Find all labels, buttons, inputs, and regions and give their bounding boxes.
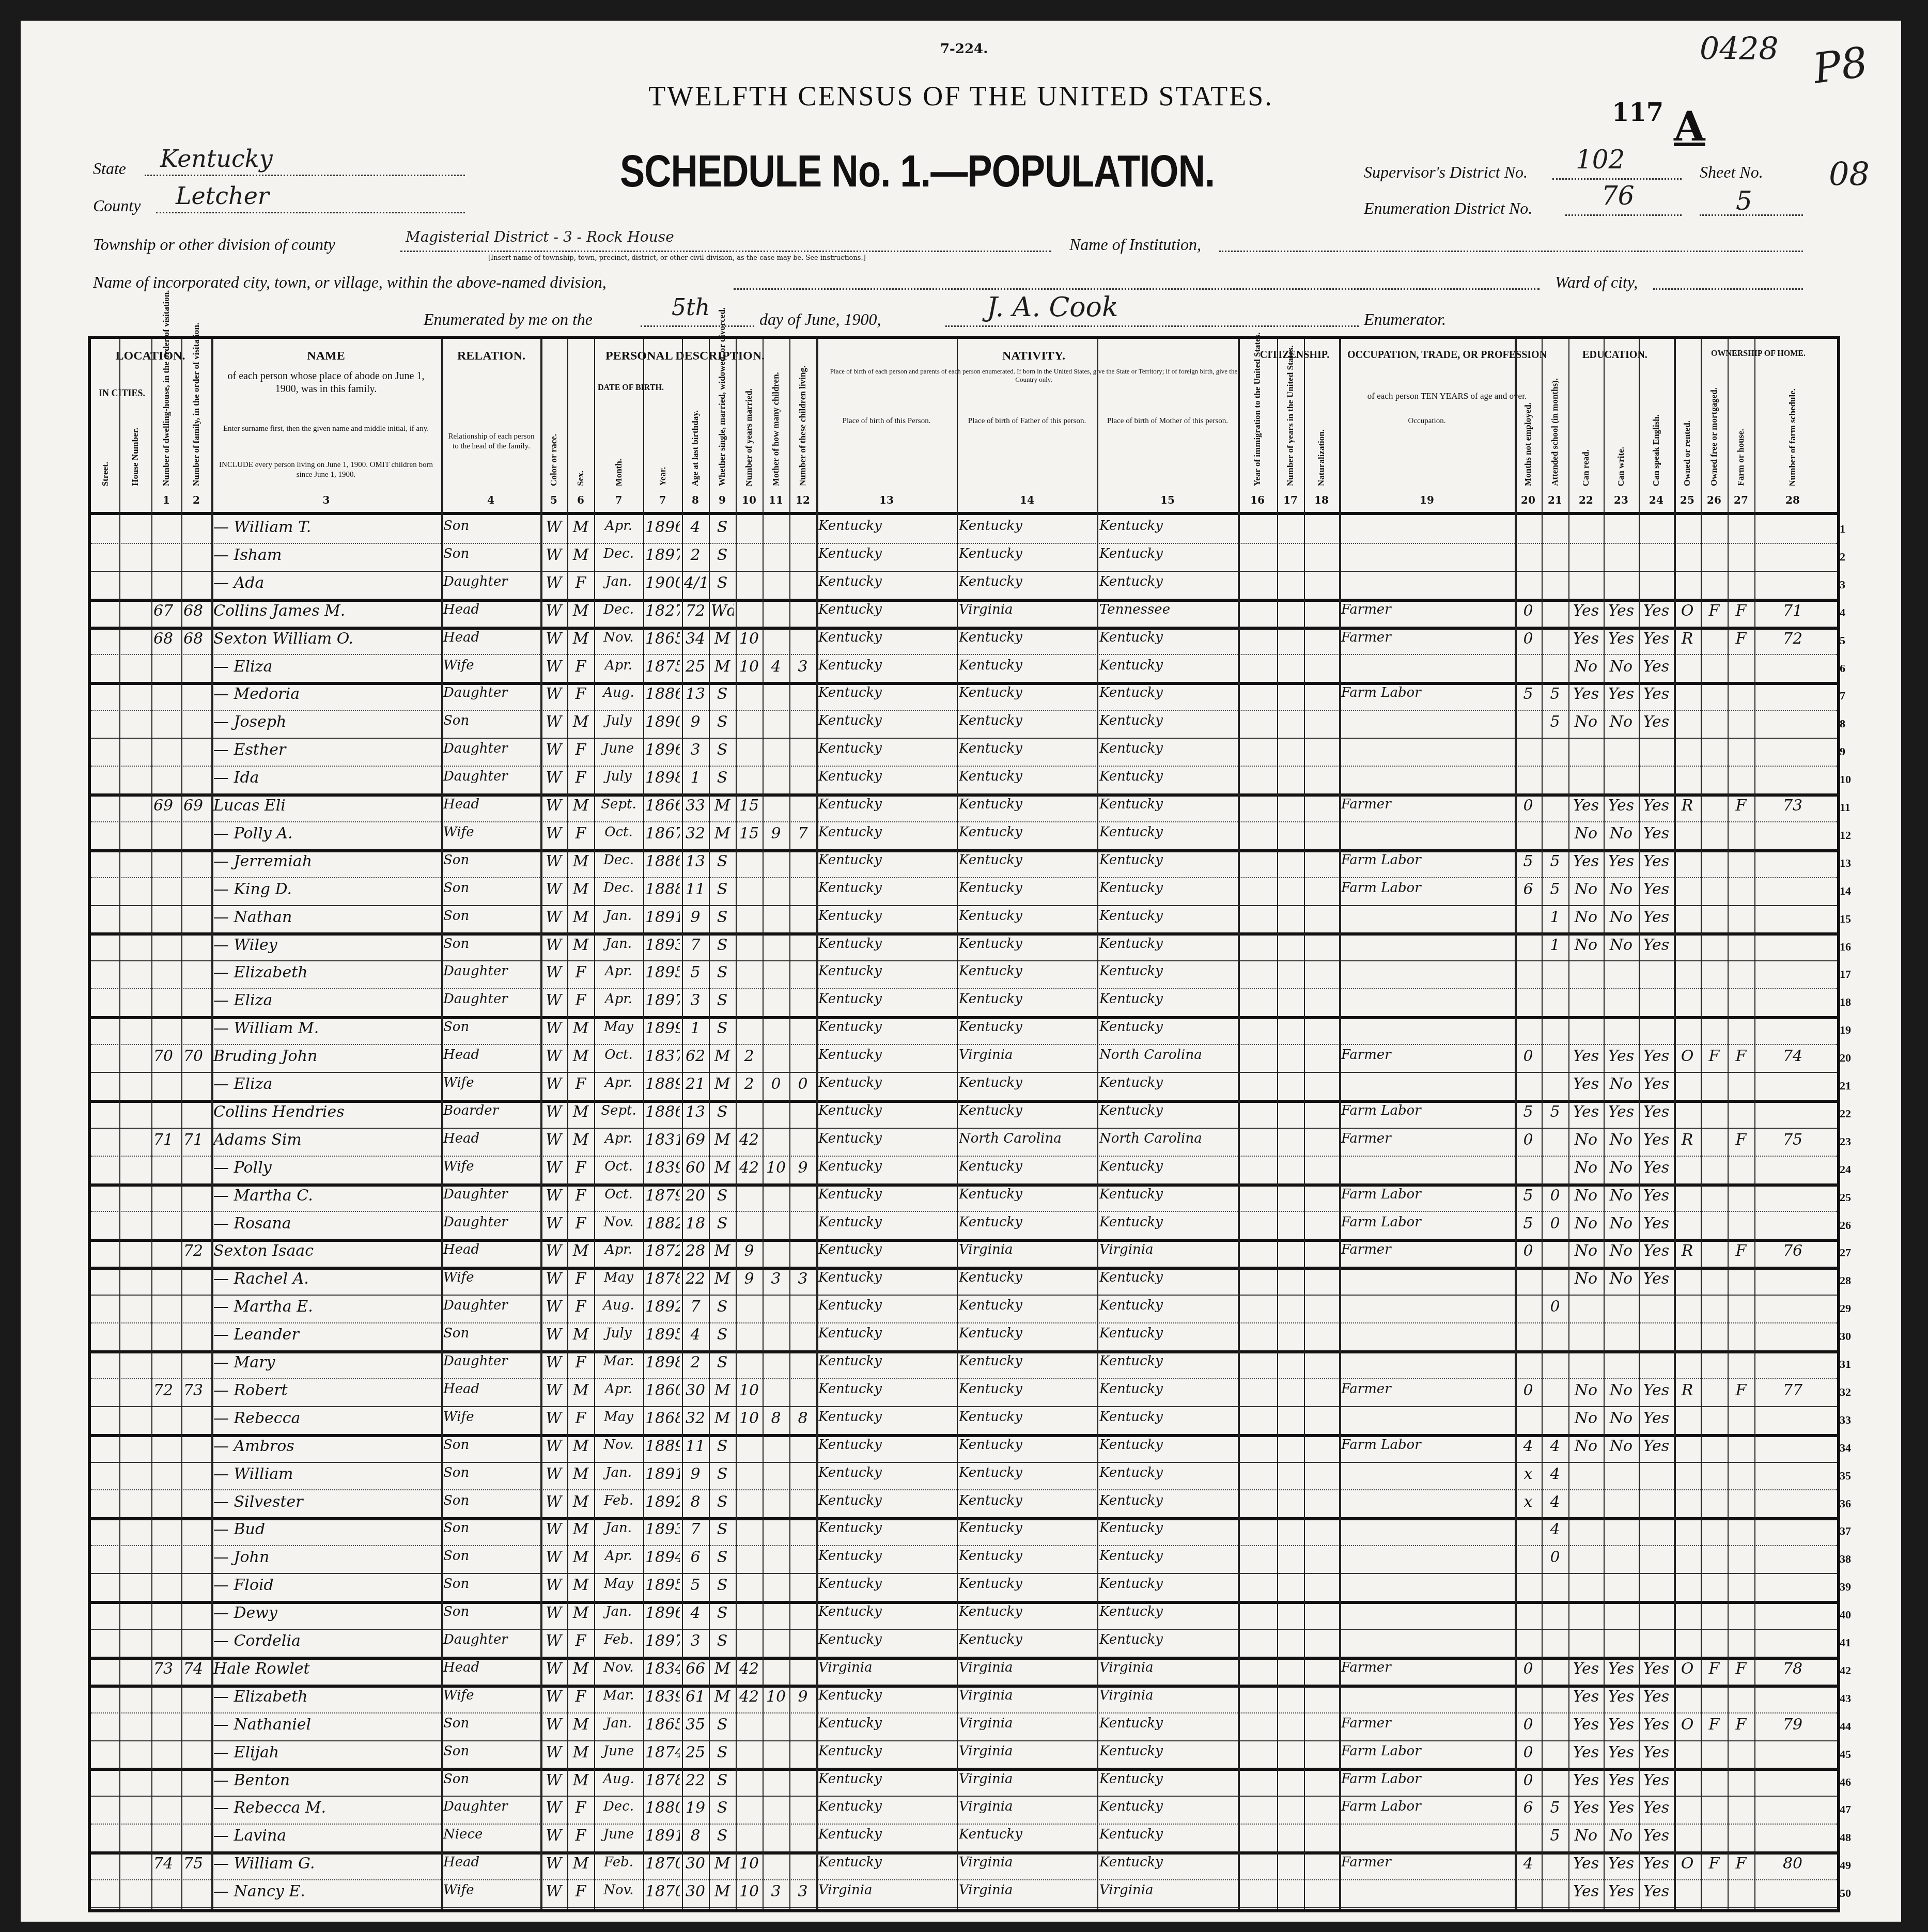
cell-write: No — [1606, 1437, 1637, 1455]
cell-year: 1899 — [645, 1019, 680, 1037]
line-number: 28 — [1840, 1274, 1851, 1287]
cell-marital: S — [711, 1771, 734, 1789]
line-number: 14 — [1840, 884, 1851, 898]
cell-mc: 0 — [765, 1075, 787, 1093]
table-row: 6868Sexton William O.HeadWMNov.186534M10… — [91, 627, 1837, 656]
cell-pob: Kentucky — [818, 1019, 955, 1035]
cell-dw: 71 — [153, 1131, 179, 1149]
cell-rel: Head — [443, 630, 538, 645]
table-row: — NathanSonWMJan.18919SKentuckyKentuckyK… — [91, 905, 1837, 936]
column-divider — [1639, 339, 1640, 1909]
cell-school: 4 — [1544, 1465, 1566, 1483]
cell-read: Yes — [1571, 1855, 1602, 1873]
cell-mpob: Kentucky — [1099, 1187, 1236, 1202]
cell-pob: Kentucky — [818, 769, 955, 784]
cell-sex: M — [569, 518, 592, 536]
column-label: Number of dwelling-house, in the order o… — [161, 378, 172, 486]
cell-month: Apr. — [596, 963, 641, 979]
cell-year: 1894 — [645, 1548, 680, 1566]
cell-race: W — [542, 1493, 565, 1511]
cell-marital: S — [711, 963, 734, 981]
cell-sex: F — [569, 769, 592, 787]
cell-rel: Wife — [443, 824, 538, 840]
cell-name: Collins Hendries — [213, 1103, 439, 1121]
cell-marital: S — [711, 1493, 734, 1511]
cell-sched: 74 — [1756, 1047, 1829, 1065]
cell-marital: S — [711, 546, 734, 564]
cell-year: 1839 — [645, 1688, 680, 1706]
cell-fpob: Kentucky — [959, 936, 1095, 952]
table-row: — William M.SonWMMay18991SKentuckyKentuc… — [91, 1016, 1837, 1045]
cell-age: 28 — [684, 1242, 707, 1260]
cell-write: Yes — [1606, 797, 1637, 815]
cell-pob: Kentucky — [818, 713, 955, 728]
cell-pob: Kentucky — [818, 797, 955, 812]
cell-pob: Kentucky — [818, 1716, 955, 1731]
cell-name: — Medoria — [213, 685, 439, 703]
state-field[interactable]: Kentucky — [160, 145, 273, 173]
cell-read: No — [1571, 1131, 1602, 1149]
cell-write: Yes — [1606, 602, 1637, 620]
cell-month: June — [596, 741, 641, 756]
cell-marital: M — [711, 1270, 734, 1288]
cell-eng: Yes — [1641, 1688, 1672, 1706]
table-row: — Nancy E.WifeWFNov.187030M1033VirginiaV… — [91, 1879, 1837, 1908]
cell-pob: Kentucky — [818, 908, 955, 924]
column-divider — [816, 339, 818, 1909]
cell-farm: F — [1730, 797, 1752, 815]
occupation-description: of each person TEN YEARS of age and over… — [1351, 391, 1543, 401]
cell-fpob: Kentucky — [959, 963, 1095, 979]
cell-sex: M — [569, 1242, 592, 1260]
cell-marital: S — [711, 1827, 734, 1845]
cell-eng: Yes — [1641, 630, 1672, 648]
cell-mne: 5 — [1517, 1187, 1540, 1205]
cell-school: 4 — [1544, 1437, 1566, 1455]
cell-marital: S — [711, 908, 734, 926]
cell-race: W — [542, 1604, 565, 1622]
cell-pob: Kentucky — [818, 1214, 955, 1230]
cell-eng: Yes — [1641, 1103, 1672, 1121]
cell-mpob: Kentucky — [1099, 1075, 1236, 1090]
enumerator-name-field[interactable]: J. A. Cook — [987, 292, 1118, 323]
corner-annotation-p: P8 — [1810, 38, 1871, 93]
cell-mne: 5 — [1517, 1103, 1540, 1121]
cell-dw: 72 — [153, 1381, 179, 1399]
cell-fpob: Kentucky — [959, 1298, 1095, 1313]
column-label: Naturalization. — [1316, 429, 1327, 486]
cell-age: 60 — [684, 1159, 707, 1177]
enumeration-district-label: Enumeration District No. — [1364, 199, 1532, 218]
cell-school: 5 — [1544, 713, 1566, 731]
cell-fpob: Kentucky — [959, 797, 1095, 812]
cell-fpob: Virginia — [959, 1688, 1095, 1703]
cell-age: 22 — [684, 1270, 707, 1288]
cell-own: R — [1676, 1131, 1699, 1149]
cell-name: Lucas Eli — [213, 797, 439, 815]
column-number: 18 — [1304, 494, 1339, 506]
corner-annotation-stamp: 0428 — [1700, 31, 1779, 67]
cell-fpob: Virginia — [959, 1799, 1095, 1814]
cell-write: Yes — [1606, 1855, 1637, 1873]
cell-age: 35 — [684, 1716, 707, 1734]
group-personal-description: PERSONAL DESCRIPTION. — [540, 349, 830, 363]
cell-race: W — [542, 658, 565, 676]
cell-fpob: Kentucky — [959, 1326, 1095, 1341]
cell-rel: Son — [443, 1771, 538, 1787]
cell-year: 1891 — [645, 908, 680, 926]
cell-sex: M — [569, 1716, 592, 1734]
cell-farm: F — [1730, 1660, 1752, 1678]
county-field[interactable]: Letcher — [176, 182, 269, 210]
line-number: 32 — [1840, 1385, 1851, 1399]
schedule-title: SCHEDULE No. 1.—POPULATION. — [620, 145, 1215, 197]
cell-pob: Kentucky — [818, 1743, 955, 1759]
line-number: 26 — [1840, 1219, 1851, 1232]
cell-mne: 4 — [1517, 1855, 1540, 1873]
cell-month: Apr. — [596, 658, 641, 673]
cell-sched: 75 — [1756, 1131, 1829, 1149]
cell-sex: M — [569, 1493, 592, 1511]
cell-pob: Kentucky — [818, 1047, 955, 1063]
cell-mne: 0 — [1517, 1131, 1540, 1149]
cell-sched: 80 — [1756, 1855, 1829, 1873]
cell-occ: Farmer — [1341, 1242, 1513, 1257]
cell-fpob: Kentucky — [959, 1632, 1095, 1647]
cell-name: Adams Sim — [213, 1131, 439, 1149]
column-number: 7 — [643, 494, 682, 506]
cell-mpob: Kentucky — [1099, 1576, 1236, 1592]
cell-mpob: Kentucky — [1099, 1548, 1236, 1564]
cell-rel: Son — [443, 908, 538, 924]
table-row: — LeanderSonWMJuly18954SKentuckyKentucky… — [91, 1322, 1837, 1353]
cell-mpob: Virginia — [1099, 1882, 1236, 1898]
cell-sex: F — [569, 1799, 592, 1817]
column-number: 22 — [1568, 494, 1604, 506]
column-number: 2 — [181, 494, 211, 506]
cell-name: — Esther — [213, 741, 439, 759]
cell-eng: Yes — [1641, 685, 1672, 703]
cell-mpob: Kentucky — [1099, 1353, 1236, 1369]
cell-year: 1892 — [645, 1298, 680, 1316]
cell-school: 0 — [1544, 1298, 1566, 1316]
cell-year: 1888 — [645, 880, 680, 898]
cell-marital: S — [711, 1187, 734, 1205]
cell-write: No — [1606, 1827, 1637, 1845]
cell-year: 1872 — [645, 1242, 680, 1260]
cell-mne: 0 — [1517, 1716, 1540, 1734]
cell-race: W — [542, 1743, 565, 1762]
table-row: — King D.SonWMDec.188811SKentuckyKentuck… — [91, 877, 1837, 906]
line-number: 38 — [1840, 1552, 1851, 1566]
cell-marital: S — [711, 1214, 734, 1233]
sheet-field[interactable]: 5 — [1736, 186, 1752, 216]
cell-marital: Wd — [711, 602, 734, 620]
cell-rel: Wife — [443, 1882, 538, 1898]
cell-write: No — [1606, 658, 1637, 676]
cell-name: — King D. — [213, 880, 439, 898]
column-divider — [181, 339, 182, 1909]
institution-label: Name of Institution, — [1069, 235, 1201, 254]
cell-write: Yes — [1606, 685, 1637, 703]
cell-read: Yes — [1571, 1047, 1602, 1065]
group-occupation: OCCUPATION, TRADE, OR PROFESSION — [1346, 349, 1548, 361]
cell-pob: Kentucky — [818, 991, 955, 1007]
cell-ym: 9 — [738, 1242, 760, 1260]
cell-dw: 68 — [153, 630, 179, 648]
cell-year: 1880 — [645, 1799, 680, 1817]
cell-year: 1882 — [645, 1214, 680, 1233]
cell-race: W — [542, 602, 565, 620]
cell-mne: 0 — [1517, 797, 1540, 815]
table-row: — William T.SonWMApr.18964SKentuckyKentu… — [91, 515, 1837, 544]
cell-school: 1 — [1544, 908, 1566, 926]
cell-write: Yes — [1606, 1103, 1637, 1121]
cell-month: Jan. — [596, 1520, 641, 1536]
cell-mne: 5 — [1517, 852, 1540, 870]
cell-write: Yes — [1606, 1799, 1637, 1817]
cell-marital: S — [711, 1298, 734, 1316]
cell-rel: Son — [443, 1019, 538, 1035]
cell-pob: Kentucky — [818, 658, 955, 673]
cell-rel: Son — [443, 1548, 538, 1564]
cell-rel: Wife — [443, 1409, 538, 1425]
cell-month: July — [596, 769, 641, 784]
cell-rel: Son — [443, 852, 538, 868]
line-number: 48 — [1840, 1831, 1851, 1844]
cell-fam: 73 — [183, 1381, 209, 1399]
cell-fpob: Kentucky — [959, 685, 1095, 700]
cell-school: 4 — [1544, 1493, 1566, 1511]
enumeration-district-field[interactable]: 76 — [1602, 181, 1635, 211]
cell-farm: F — [1730, 1131, 1752, 1149]
cell-fpob: Kentucky — [959, 518, 1095, 534]
cell-school: 5 — [1544, 1103, 1566, 1121]
column-divider — [540, 339, 542, 1909]
cell-dw: 67 — [153, 602, 179, 620]
cell-occ: Farm Labor — [1341, 1771, 1513, 1787]
cell-marital: M — [711, 1855, 734, 1873]
cell-year: 1897 — [645, 991, 680, 1009]
cell-school: 0 — [1544, 1548, 1566, 1566]
cell-race: W — [542, 1716, 565, 1734]
cell-ym: 10 — [738, 1855, 760, 1873]
line-number: 40 — [1840, 1608, 1851, 1622]
cell-ym: 2 — [738, 1075, 760, 1093]
cell-year: 1865 — [645, 630, 680, 648]
table-row: — RosanaDaughterWFNov.188218SKentuckyKen… — [91, 1211, 1837, 1242]
cell-rel: Head — [443, 1855, 538, 1870]
cell-fpob: Kentucky — [959, 1437, 1095, 1453]
cell-pob: Kentucky — [818, 574, 955, 589]
cell-fpob: Kentucky — [959, 852, 1095, 868]
column-label: Months not employed. — [1523, 402, 1533, 486]
cell-occ: Farmer — [1341, 1131, 1513, 1146]
date-of-birth-label: DATE OF BIRTH. — [589, 383, 672, 393]
cell-mpob: Kentucky — [1099, 769, 1236, 784]
table-row: — WileySonWMJan.18937SKentuckyKentuckyKe… — [91, 933, 1837, 962]
cell-year: 1896 — [645, 518, 680, 536]
cell-month: Feb. — [596, 1855, 641, 1870]
cell-read: Yes — [1571, 1688, 1602, 1706]
column-label: Can write. — [1616, 447, 1626, 486]
cell-race: W — [542, 963, 565, 981]
cell-sex: M — [569, 1047, 592, 1065]
column-number: 26 — [1701, 494, 1728, 506]
column-label: Attended school (in months). — [1550, 378, 1560, 486]
cell-occ: Farmer — [1341, 1660, 1513, 1675]
cell-year: 1892 — [645, 1493, 680, 1511]
supervisor-district-field[interactable]: 102 — [1576, 145, 1625, 175]
cell-eng: Yes — [1641, 1660, 1672, 1678]
cell-read: No — [1571, 1270, 1602, 1288]
cell-read: Yes — [1571, 852, 1602, 870]
cell-name: — Elizabeth — [213, 1688, 439, 1706]
cell-month: Nov. — [596, 1214, 641, 1230]
cell-occ: Farm Labor — [1341, 1437, 1513, 1453]
enumeration-day-field[interactable]: 5th — [672, 294, 710, 321]
cell-rel: Daughter — [443, 741, 538, 756]
cell-rel: Daughter — [443, 1353, 538, 1369]
cell-fpob: Kentucky — [959, 630, 1095, 645]
cell-occ: Farmer — [1341, 602, 1513, 617]
cell-race: W — [542, 630, 565, 648]
cell-year: 1831 — [645, 1131, 680, 1149]
cell-age: 21 — [684, 1075, 707, 1093]
cell-marital: S — [711, 1465, 734, 1483]
cell-name: — Martha E. — [213, 1298, 439, 1316]
cell-name: — William M. — [213, 1019, 439, 1037]
cell-fpob: Kentucky — [959, 1827, 1095, 1842]
cell-own: R — [1676, 1381, 1699, 1399]
column-number: 10 — [736, 494, 763, 506]
line-number: 39 — [1840, 1580, 1851, 1594]
cell-age: 61 — [684, 1688, 707, 1706]
cell-rel: Niece — [443, 1827, 538, 1842]
cell-age: 9 — [684, 908, 707, 926]
cell-fpob: Virginia — [959, 1771, 1095, 1787]
cell-month: Jan. — [596, 936, 641, 952]
cell-rel: Head — [443, 797, 538, 812]
cell-sex: F — [569, 963, 592, 981]
cell-mne: 0 — [1517, 1242, 1540, 1260]
column-divider — [1097, 339, 1098, 1909]
cell-rel: Son — [443, 936, 538, 952]
supervisor-district-label: Supervisor's District No. — [1364, 163, 1528, 182]
cell-occ: Farm Labor — [1341, 685, 1513, 700]
cell-mne: 4 — [1517, 1437, 1540, 1455]
cell-age: 4 — [684, 518, 707, 536]
cell-mne: 6 — [1517, 1799, 1540, 1817]
cell-race: W — [542, 1576, 565, 1594]
cell-sex: F — [569, 741, 592, 759]
cell-eng: Yes — [1641, 1716, 1672, 1734]
cell-eng: Yes — [1641, 602, 1672, 620]
cell-age: 22 — [684, 1771, 707, 1789]
line-number: 47 — [1840, 1803, 1851, 1816]
cell-rel: Wife — [443, 1159, 538, 1174]
cell-marital: M — [711, 1075, 734, 1093]
cell-month: Nov. — [596, 630, 641, 645]
cell-school: 5 — [1544, 1827, 1566, 1845]
cell-write: Yes — [1606, 1047, 1637, 1065]
enumerated-suffix: day of June, 1900, — [759, 310, 881, 329]
table-row: — ElijahSonWMJune187425SKentuckyVirginia… — [91, 1740, 1837, 1771]
table-row: — Martha E.DaughterWFAug.18927SKentuckyK… — [91, 1295, 1837, 1323]
cell-age: 1 — [684, 1019, 707, 1037]
cell-year: 1897 — [645, 546, 680, 564]
cell-marital: M — [711, 1660, 734, 1678]
cell-age: 7 — [684, 936, 707, 954]
cell-age: 18 — [684, 1214, 707, 1233]
table-row: — Martha C.DaughterWFOct.187920SKentucky… — [91, 1183, 1837, 1212]
cell-age: 20 — [684, 1187, 707, 1205]
cell-pob: Kentucky — [818, 1381, 955, 1397]
cell-month: Jan. — [596, 1716, 641, 1731]
cell-year: 1895 — [645, 1326, 680, 1344]
cell-month: Mar. — [596, 1353, 641, 1369]
cell-farm: F — [1730, 1381, 1752, 1399]
cell-sex: F — [569, 1827, 592, 1845]
cell-pob: Kentucky — [818, 1437, 955, 1453]
cell-eng: Yes — [1641, 713, 1672, 731]
cell-ym: 10 — [738, 1409, 760, 1427]
cell-month: Oct. — [596, 1159, 641, 1174]
cell-fpob: Virginia — [959, 1882, 1095, 1898]
cell-sex: F — [569, 574, 592, 592]
cell-cl: 3 — [791, 1270, 814, 1288]
township-field[interactable]: Magisterial District - 3 - Rock House — [406, 228, 674, 245]
column-number: 16 — [1238, 494, 1277, 506]
cell-write: Yes — [1606, 1716, 1637, 1734]
cell-name: Collins James M. — [213, 602, 439, 620]
cell-year: 1900 — [645, 574, 680, 592]
table-row: — BentonSonWMAug.187822SKentuckyVirginia… — [91, 1768, 1837, 1797]
relation-description: Relationship of each person to the head … — [445, 432, 538, 451]
cell-marital: S — [711, 1799, 734, 1817]
cell-year: 1886 — [645, 852, 680, 870]
table-row: — BudSonWMJan.18937SKentuckyKentuckyKent… — [91, 1517, 1837, 1546]
cell-mpob: Kentucky — [1099, 1493, 1236, 1508]
cell-eng: Yes — [1641, 1771, 1672, 1789]
cell-eng: Yes — [1641, 824, 1672, 843]
cell-year: 1878 — [645, 1771, 680, 1789]
cell-name: — Nathan — [213, 908, 439, 926]
cell-marital: S — [711, 574, 734, 592]
cell-mne: 0 — [1517, 630, 1540, 648]
cell-fpob: Kentucky — [959, 1409, 1095, 1425]
cell-write: No — [1606, 936, 1637, 954]
cell-eng: Yes — [1641, 1270, 1672, 1288]
cell-name: — Rosana — [213, 1214, 439, 1233]
cell-sex: M — [569, 1660, 592, 1678]
cell-mpob: Virginia — [1099, 1688, 1236, 1703]
cell-race: W — [542, 1632, 565, 1650]
cell-race: W — [542, 1437, 565, 1455]
cell-fpob: Kentucky — [959, 991, 1095, 1007]
cell-name: — Isham — [213, 546, 439, 564]
cell-month: Dec. — [596, 880, 641, 896]
cell-mpob: Kentucky — [1099, 1716, 1236, 1731]
cell-read: No — [1571, 880, 1602, 898]
column-divider — [119, 339, 120, 1909]
cell-pob: Kentucky — [818, 1187, 955, 1202]
cell-occ: Farm Labor — [1341, 880, 1513, 896]
cell-month: July — [596, 713, 641, 728]
line-number: 29 — [1840, 1302, 1851, 1315]
cell-own: O — [1676, 1047, 1699, 1065]
cell-pob: Kentucky — [818, 1548, 955, 1564]
